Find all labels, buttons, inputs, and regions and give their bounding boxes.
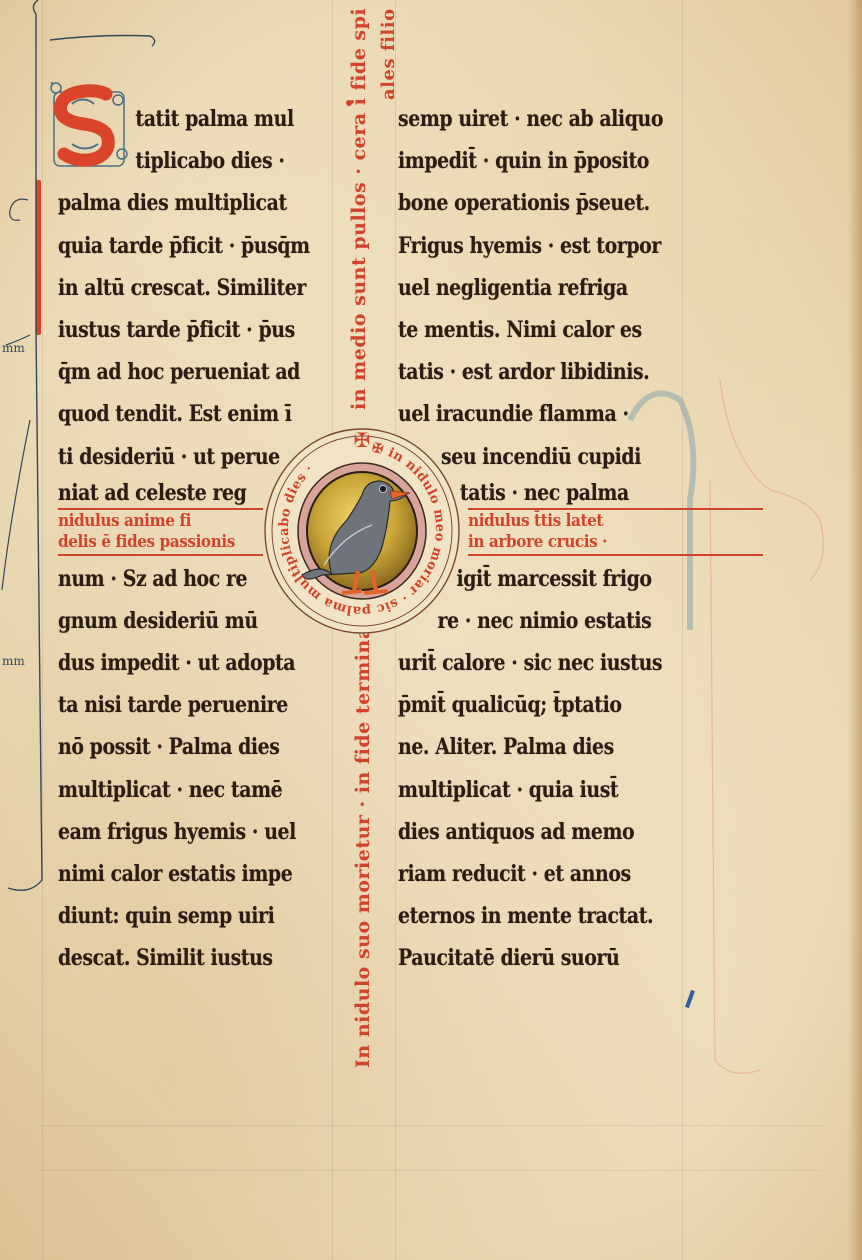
text-line: riam reducit · et annos (398, 853, 656, 895)
manuscript-page: mm mm tatit palma mul tiplicabo dies · p… (0, 0, 862, 1260)
svg-text:mm: mm (2, 654, 25, 668)
text-line: eternos in mente tractat. (398, 895, 656, 937)
text-line: Frigus hyemis · est torpor (398, 225, 656, 267)
ruling-line (40, 1170, 822, 1171)
text-line: iustus tarde p̄ficit · p̄us (58, 309, 299, 351)
rubric-block: nidulus anime fi delis ē fides passionis (58, 508, 263, 556)
text-line: dus impedit · ut adopta (58, 642, 299, 684)
svg-text:✠: ✠ (354, 428, 371, 452)
text-line: descat. Similit iustus (58, 937, 299, 979)
text-line: q̄m ad hoc perueniat ad (58, 351, 299, 393)
text-line: impedit̄ · quin in p̄posito (398, 140, 656, 182)
text-line: in altū crescat. Similiter (58, 267, 299, 309)
bird-medallion-icon: ✠ ✠ in nidulo meo moriar · sic palma mul… (262, 425, 462, 637)
text-line: multiplicat · nec tamē (58, 769, 299, 811)
text-line: nimi calor estatis impe (58, 853, 299, 895)
text-line: uel negligentia refriga (398, 267, 656, 309)
vertical-inscription-lower: In nidulo suo morietur · in fide termina… (352, 617, 374, 1068)
text-line: eam frigus hyemis · uel (58, 811, 299, 853)
vertical-inscription-upper-outer: ales filio (378, 8, 399, 100)
text-line: nō possit · Palma dies (58, 726, 299, 768)
svg-text:mm: mm (2, 341, 25, 355)
text-line: ne. Aliter. Palma dies (398, 726, 656, 768)
text-line: Paucitatē dierū suorū (398, 937, 656, 979)
rubric-line: nidulus t̄tis latet (468, 510, 734, 531)
rubric-line: delis ē fides passionis (58, 531, 243, 552)
text-line: p̄mit̄ qualicūq; t̄ptatio (398, 684, 656, 726)
rubric-block: nidulus t̄tis latet in arbore crucis · (468, 508, 763, 556)
text-line: semp uiret · nec ab aliquo (398, 98, 656, 140)
text-line: tatit palma mul (58, 98, 299, 140)
ruling-line (40, 1125, 822, 1126)
text-line: quia tarde p̄ficit · p̄usq̄m (58, 225, 299, 267)
rubric-line: in arbore crucis · (468, 531, 734, 552)
text-line: tatis · est ardor libidinis. (398, 351, 656, 393)
text-line: tiplicabo dies · (58, 140, 299, 182)
text-line: urit̄ calore · sic nec iustus (398, 642, 656, 684)
text-line: dies antiquos ad memo (398, 811, 656, 853)
text-line: diunt: quin semp uiri (58, 895, 299, 937)
vertical-inscription-upper: in medio sunt pullos · cera i fide spi (348, 8, 370, 410)
rubric-line: nidulus anime fi (58, 510, 243, 531)
ink-mark (346, 100, 352, 106)
text-line: bone operationis p̄seuet. (398, 182, 656, 224)
text-line: ta nisi tarde peruenire (58, 684, 299, 726)
text-line: te mentis. Nimi calor es (398, 309, 656, 351)
text-line: palma dies multiplicat (58, 182, 299, 224)
text-line: multiplicat · quia iust̄ (398, 769, 656, 811)
